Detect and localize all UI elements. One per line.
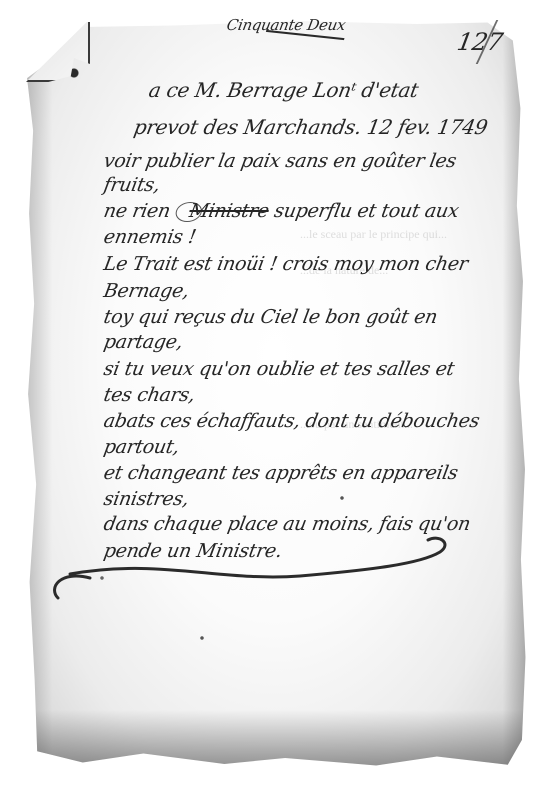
verse-line: fruits, <box>102 174 162 196</box>
verse-line: sinistres, <box>102 488 191 510</box>
verse-line: et changeant tes apprêts en appareils <box>102 462 460 484</box>
verse-fragment: ne rien <box>102 200 172 222</box>
verse-line: si tu veux qu'on oublie et tes salles et <box>102 358 456 380</box>
verse-line: Le Trait est inoüi ! crois moy mon cher <box>102 253 470 275</box>
address-line-1: a ce M. Berrage Lonᵗ d'etat <box>147 78 420 102</box>
verse-line: toy qui reçus du Ciel le bon goût en <box>102 306 439 328</box>
verse-line: tes chars, <box>102 384 197 406</box>
closing-flourish <box>40 530 470 600</box>
verse-line: voir publier la paix sans en goûter les <box>102 150 458 172</box>
verse-line: partout, <box>102 436 181 458</box>
verse-line: ennemis ! <box>102 226 198 248</box>
verse-line: abats ces échaffauts, dont tu débouches <box>102 410 481 432</box>
header-note: Cinquante Deux <box>225 16 349 36</box>
verse-fragment: superflu et tout aux <box>272 200 460 222</box>
verse-line: Bernage, <box>102 280 191 302</box>
address-line-2: prevot des Marchands. 12 fev. 1749 <box>132 115 489 139</box>
bleed-through-print: ...le sceau par le principe qui... <box>300 226 447 242</box>
struck-word: Ministre <box>188 200 271 222</box>
verse-line: ne rien Ministre superflu et tout aux <box>102 200 460 222</box>
folio-number: 127 <box>455 28 505 56</box>
verse-line: partage, <box>102 331 184 353</box>
